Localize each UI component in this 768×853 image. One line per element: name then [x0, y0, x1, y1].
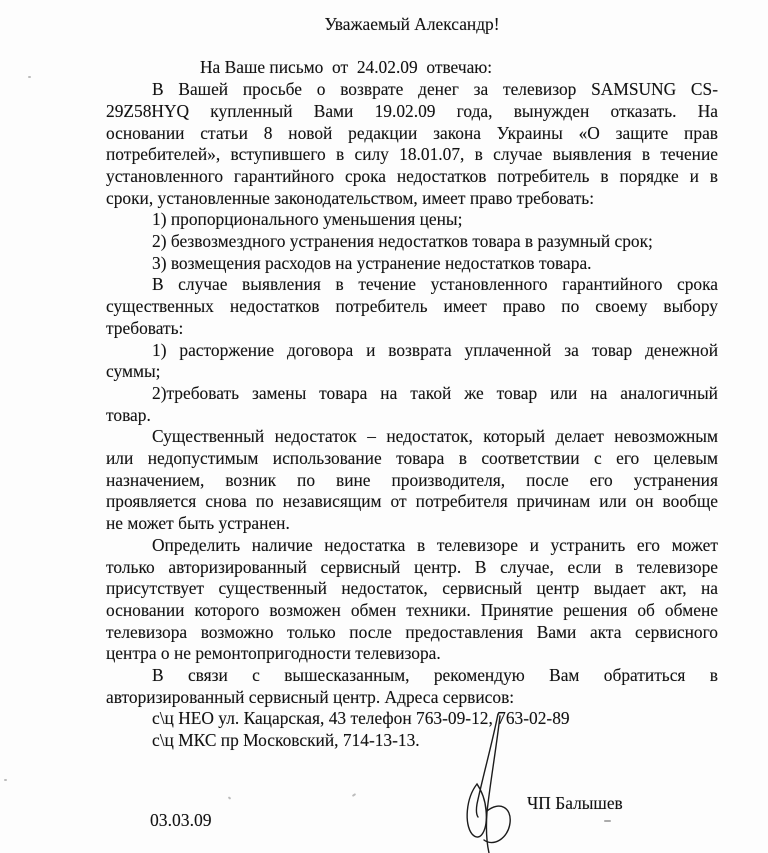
scan-speck [28, 76, 31, 78]
letter-line: назначением, возник по вине производител… [106, 470, 718, 492]
salutation: Уважаемый Александр! [106, 14, 718, 36]
service-address-neo: с\ц НЕО ул. Кацарская, 43 телефон 763-09… [106, 708, 718, 730]
letter-line: только авторизированный сервисный центр.… [106, 557, 718, 579]
letter-line: основании которого возможен обмен техник… [106, 600, 718, 622]
letter-line: Определить наличие недостатка в телевизо… [106, 535, 718, 557]
letter-line: центра о не ремонтопригодности телевизор… [106, 643, 718, 665]
letter-body: Уважаемый Александр! На Ваше письмо от 2… [106, 14, 718, 752]
list-item-1b: 1) расторжение договора и возврата уплач… [106, 340, 718, 362]
letter-line: В Вашей просьбе о возврате денег за теле… [106, 79, 718, 101]
letter-line: потребителей», вступившего в силу 18.01.… [106, 144, 718, 166]
list-item-2b: 2)требовать замены товара на такой же то… [106, 383, 718, 405]
letter-line: установленного гарантийного срока недост… [106, 166, 718, 188]
letter-line: телевизора возможно только после предост… [106, 622, 718, 644]
letter-line: основании статьи 8 новой редакции закона… [106, 123, 718, 145]
letter-line: суммы; [106, 361, 718, 383]
letter-line: не может быть устранен. [106, 513, 718, 535]
letter-line: На Ваше письмо от 24.02.09 отвечаю: [106, 57, 718, 79]
letter-line: авторизированный сервисный центр. Адреса… [106, 687, 718, 709]
scan-speck [352, 793, 356, 797]
letter-line: требовать: [106, 318, 718, 340]
handwritten-signature-icon [462, 712, 518, 853]
list-item-3: 3) возмещения расходов на устранение нед… [106, 253, 718, 275]
letter-line: Существенный недостаток – недостаток, ко… [106, 426, 718, 448]
letter-line: товар. [106, 405, 718, 427]
letter-line: 29Z58HYQ купленный Вами 19.02.09 года, в… [106, 101, 718, 123]
letter-line: или недопустимым использование товара в … [106, 448, 718, 470]
list-item-1: 1) пропорционального уменьшения цены; [106, 209, 718, 231]
letter-line: сроки, установленные законодательством, … [106, 188, 718, 210]
list-item-2: 2) безвозмездного устранения недостатков… [106, 231, 718, 253]
letter-document: Уважаемый Александр! На Ваше письмо от 2… [0, 0, 768, 853]
letter-line: В связи с вышесказанным, рекомендую Вам … [106, 665, 718, 687]
signer-name: ЧП Балышев [527, 793, 623, 815]
letter-line: В случае выявления в течение установленн… [106, 274, 718, 296]
letter-line: присутствует существенный недостаток, се… [106, 578, 718, 600]
letter-line: существенных недостатков потребитель име… [106, 296, 718, 318]
scan-speck [604, 820, 611, 822]
letter-date: 03.03.09 [150, 810, 212, 832]
service-address-mks: с\ц МКС пр Московский, 714-13-13. [106, 730, 718, 752]
scan-speck [228, 796, 232, 799]
scan-speck [4, 779, 7, 781]
letter-line: проявляется снова по независящим от потр… [106, 491, 718, 513]
